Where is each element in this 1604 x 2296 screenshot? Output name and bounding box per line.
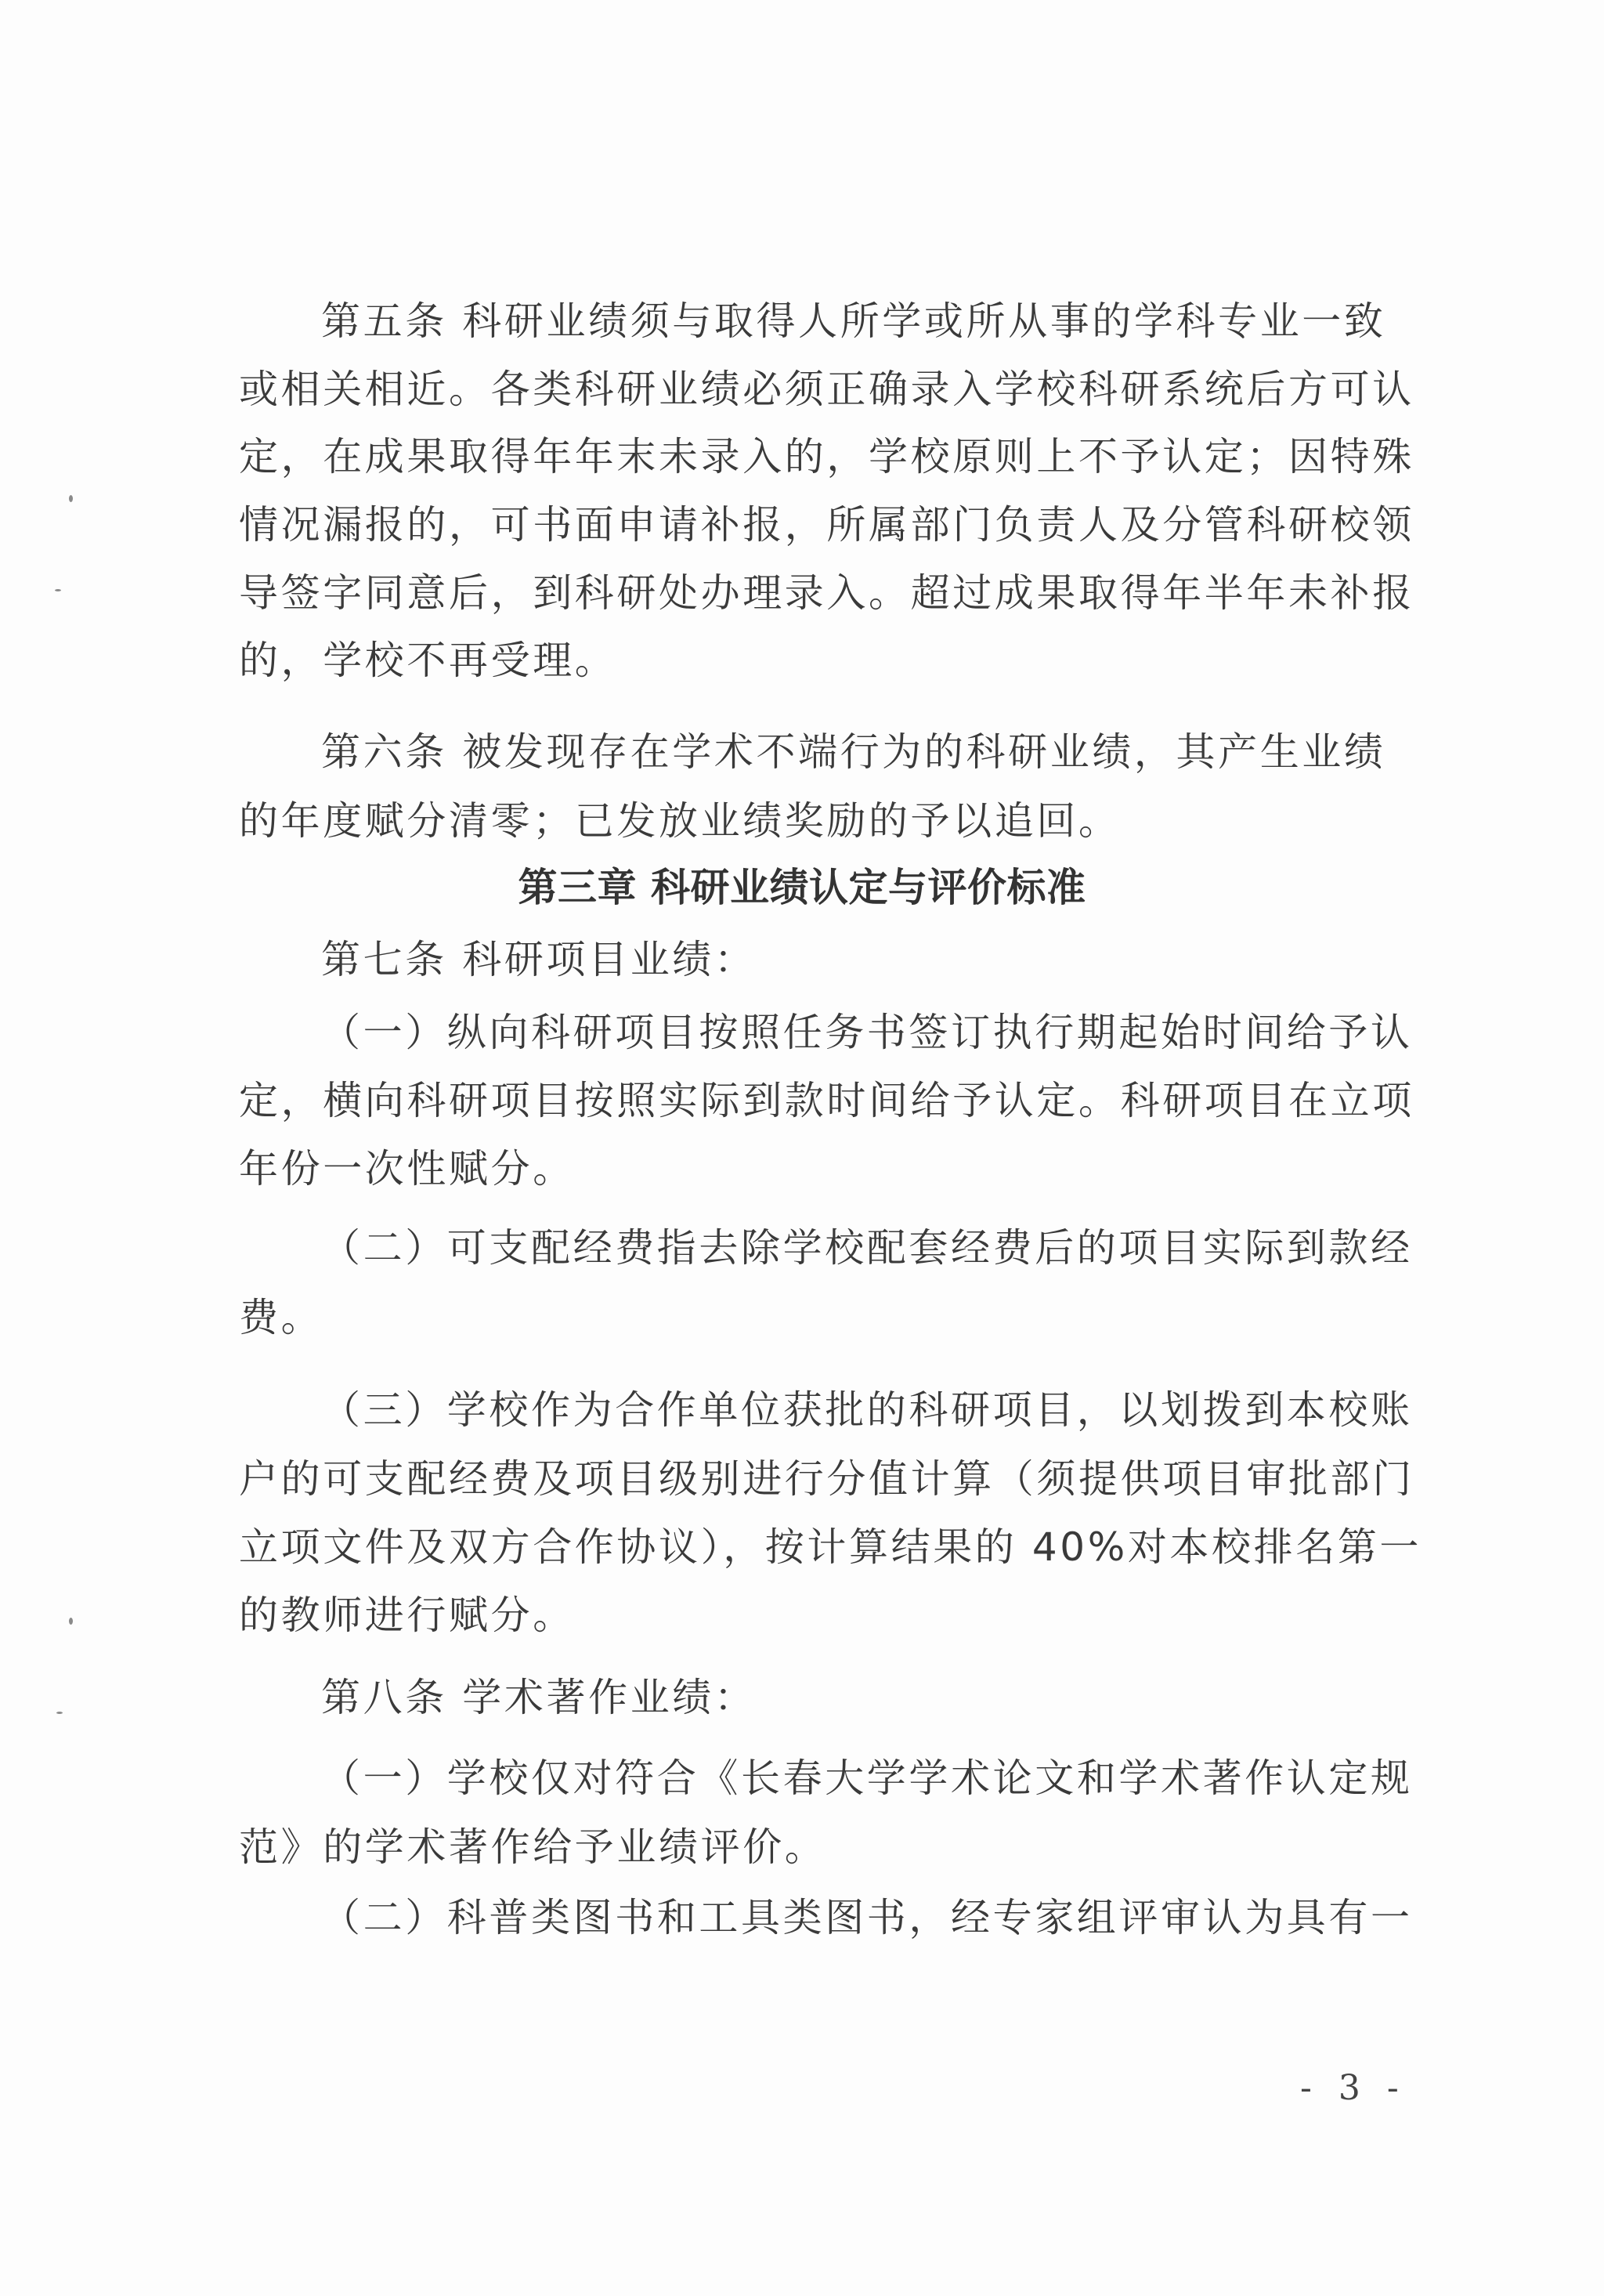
article-8-item-1-line-2: 范》的学术著作给予业绩评价。 bbox=[239, 1824, 1422, 1871]
article-7-item-2-line-2: 费。 bbox=[239, 1294, 1422, 1341]
scan-mark bbox=[69, 1618, 73, 1625]
article-7-item-1-line-1: （一）纵向科研项目按照任务书签订执行期起始时间给予认 bbox=[321, 1009, 1504, 1056]
article-7-item-1-line-3: 年份一次性赋分。 bbox=[239, 1145, 1422, 1192]
article-5-line-4: 情况漏报的，可书面申请补报，所属部门负责人及分管科研校领 bbox=[239, 501, 1422, 548]
article-7-item-1-line-2: 定，横向科研项目按照实际到款时间给予认定。科研项目在立项 bbox=[239, 1077, 1422, 1124]
article-7-item-3-line-4: 的教师进行赋分。 bbox=[239, 1592, 1422, 1639]
article-7-item-3-line-3: 立项文件及双方合作协议），按计算结果的 40%对本校排名第一 bbox=[239, 1524, 1422, 1571]
article-7-item-2-line-1: （二）可支配经费指去除学校配套经费后的项目实际到款经 bbox=[321, 1224, 1504, 1271]
article-5-line-5: 导签字同意后，到科研处办理录入。超过成果取得年半年未补报 bbox=[239, 569, 1422, 616]
article-7-item-3-line-1: （三）学校作为合作单位获批的科研项目，以划拨到本校账 bbox=[321, 1387, 1504, 1434]
scan-mark bbox=[55, 589, 61, 591]
article-5-line-2: 或相关相近。各类科研业绩必须正确录入学校科研系统后方可认 bbox=[239, 366, 1422, 413]
document-page: 第五条 科研业绩须与取得人所学或所从事的学科专业一致 或相关相近。各类科研业绩必… bbox=[0, 0, 1604, 2296]
article-8-item-1-line-1: （一）学校仅对符合《长春大学学术论文和学术著作认定规 bbox=[321, 1755, 1504, 1802]
article-8-title: 第八条 学术著作业绩： bbox=[321, 1674, 1504, 1721]
page-number: - 3 - bbox=[1300, 2068, 1407, 2108]
article-8-item-2-line-1: （二）科普类图书和工具类图书，经专家组评审认为具有一 bbox=[321, 1894, 1504, 1941]
article-5-line-6: 的，学校不再受理。 bbox=[239, 637, 1422, 684]
article-6-line-1: 第六条 被发现存在学术不端行为的科研业绩，其产生业绩 bbox=[321, 729, 1504, 776]
article-6-line-2: 的年度赋分清零；已发放业绩奖励的予以追回。 bbox=[239, 797, 1422, 844]
scan-mark bbox=[69, 495, 73, 502]
article-7-item-3-line-2: 户的可支配经费及项目级别进行分值计算（须提供项目审批部门 bbox=[239, 1455, 1422, 1502]
article-5-line-1: 第五条 科研业绩须与取得人所学或所从事的学科专业一致 bbox=[321, 298, 1504, 345]
article-7-title: 第七条 科研项目业绩： bbox=[321, 936, 1504, 983]
chapter-heading: 第三章 科研业绩认定与评价标准 bbox=[0, 864, 1604, 911]
scan-mark bbox=[56, 1712, 63, 1714]
article-5-line-3: 定，在成果取得年年末未录入的，学校原则上不予认定；因特殊 bbox=[239, 433, 1422, 480]
